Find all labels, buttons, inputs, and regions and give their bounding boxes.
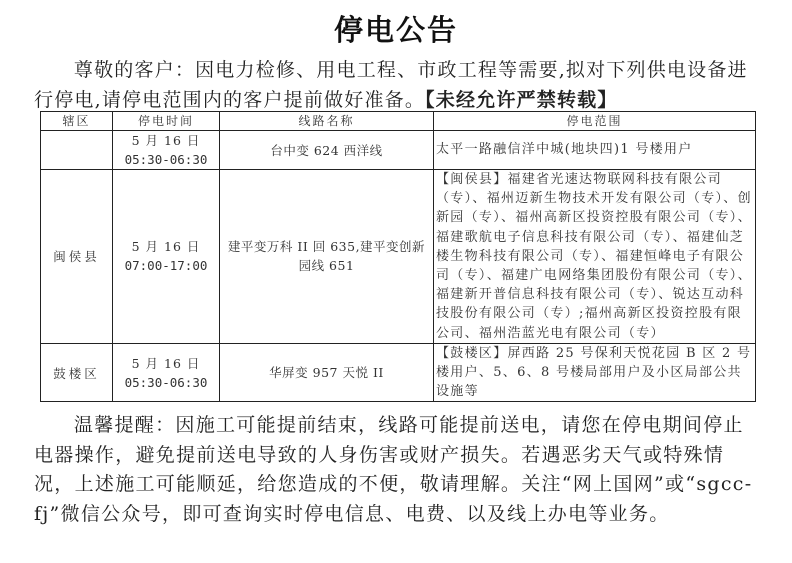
page-title: 停电公告 <box>0 12 792 48</box>
cell-district: 鼓楼区 <box>41 343 113 402</box>
cell-district: 闽侯县 <box>41 170 113 344</box>
cell-time: 5 月 16 日 05:30-06:30 <box>113 343 220 402</box>
header-district: 辖区 <box>41 112 113 131</box>
cell-scope: 太平一路融信洋中城(地块四)1 号楼用户 <box>434 131 756 170</box>
intro-text: 尊敬的客户：因电力检修、用电工程、市政工程等需要,拟对下列供电设备进行停电,请停… <box>34 59 748 111</box>
cell-time: 5 月 16 日 05:30-06:30 <box>113 131 220 170</box>
outage-time-range: 07:00-17:00 <box>115 256 217 275</box>
outage-table: 辖区 停电时间 线路名称 停电范围 5 月 16 日 05:30-06:30 台… <box>40 111 756 402</box>
table-header-row: 辖区 停电时间 线路名称 停电范围 <box>41 112 756 131</box>
outage-time-range: 05:30-06:30 <box>115 373 217 392</box>
cell-time: 5 月 16 日 07:00-17:00 <box>113 170 220 344</box>
outage-date: 5 月 16 日 <box>115 237 217 256</box>
cell-scope: 【闽侯县】福建省光速达物联网科技有限公司（专）、福州迈新生物技术开发有限公司（专… <box>434 170 756 344</box>
no-reprint-notice: 【未经允许严禁转载】 <box>425 89 618 111</box>
table-row: 5 月 16 日 05:30-06:30 台中变 624 西洋线 太平一路融信洋… <box>41 131 756 170</box>
reminder-text: 温馨提醒：因施工可能提前结束，线路可能提前送电，请您在停电期间停止电器操作，避免… <box>34 411 759 529</box>
header-line: 线路名称 <box>220 112 434 131</box>
outage-time-range: 05:30-06:30 <box>115 150 217 169</box>
table-row: 鼓楼区 5 月 16 日 05:30-06:30 华屏变 957 天悦 II 【… <box>41 343 756 402</box>
cell-line: 华屏变 957 天悦 II <box>220 343 434 402</box>
outage-date: 5 月 16 日 <box>115 131 217 150</box>
reminder-paragraph: 温馨提醒：因施工可能提前结束，线路可能提前送电，请您在停电期间停止电器操作，避免… <box>34 411 759 529</box>
cell-line: 建平变万科 II 回 635,建平变创新园线 651 <box>220 170 434 344</box>
cell-line: 台中变 624 西洋线 <box>220 131 434 170</box>
intro-paragraph: 尊敬的客户：因电力检修、用电工程、市政工程等需要,拟对下列供电设备进行停电,请停… <box>34 55 759 115</box>
cell-scope: 【鼓楼区】屏西路 25 号保利天悦花园 B 区 2 号楼用户、5、6、8 号楼局… <box>434 343 756 402</box>
outage-date: 5 月 16 日 <box>115 354 217 373</box>
cell-district <box>41 131 113 170</box>
header-scope: 停电范围 <box>434 112 756 131</box>
header-time: 停电时间 <box>113 112 220 131</box>
table-row: 闽侯县 5 月 16 日 07:00-17:00 建平变万科 II 回 635,… <box>41 170 756 344</box>
